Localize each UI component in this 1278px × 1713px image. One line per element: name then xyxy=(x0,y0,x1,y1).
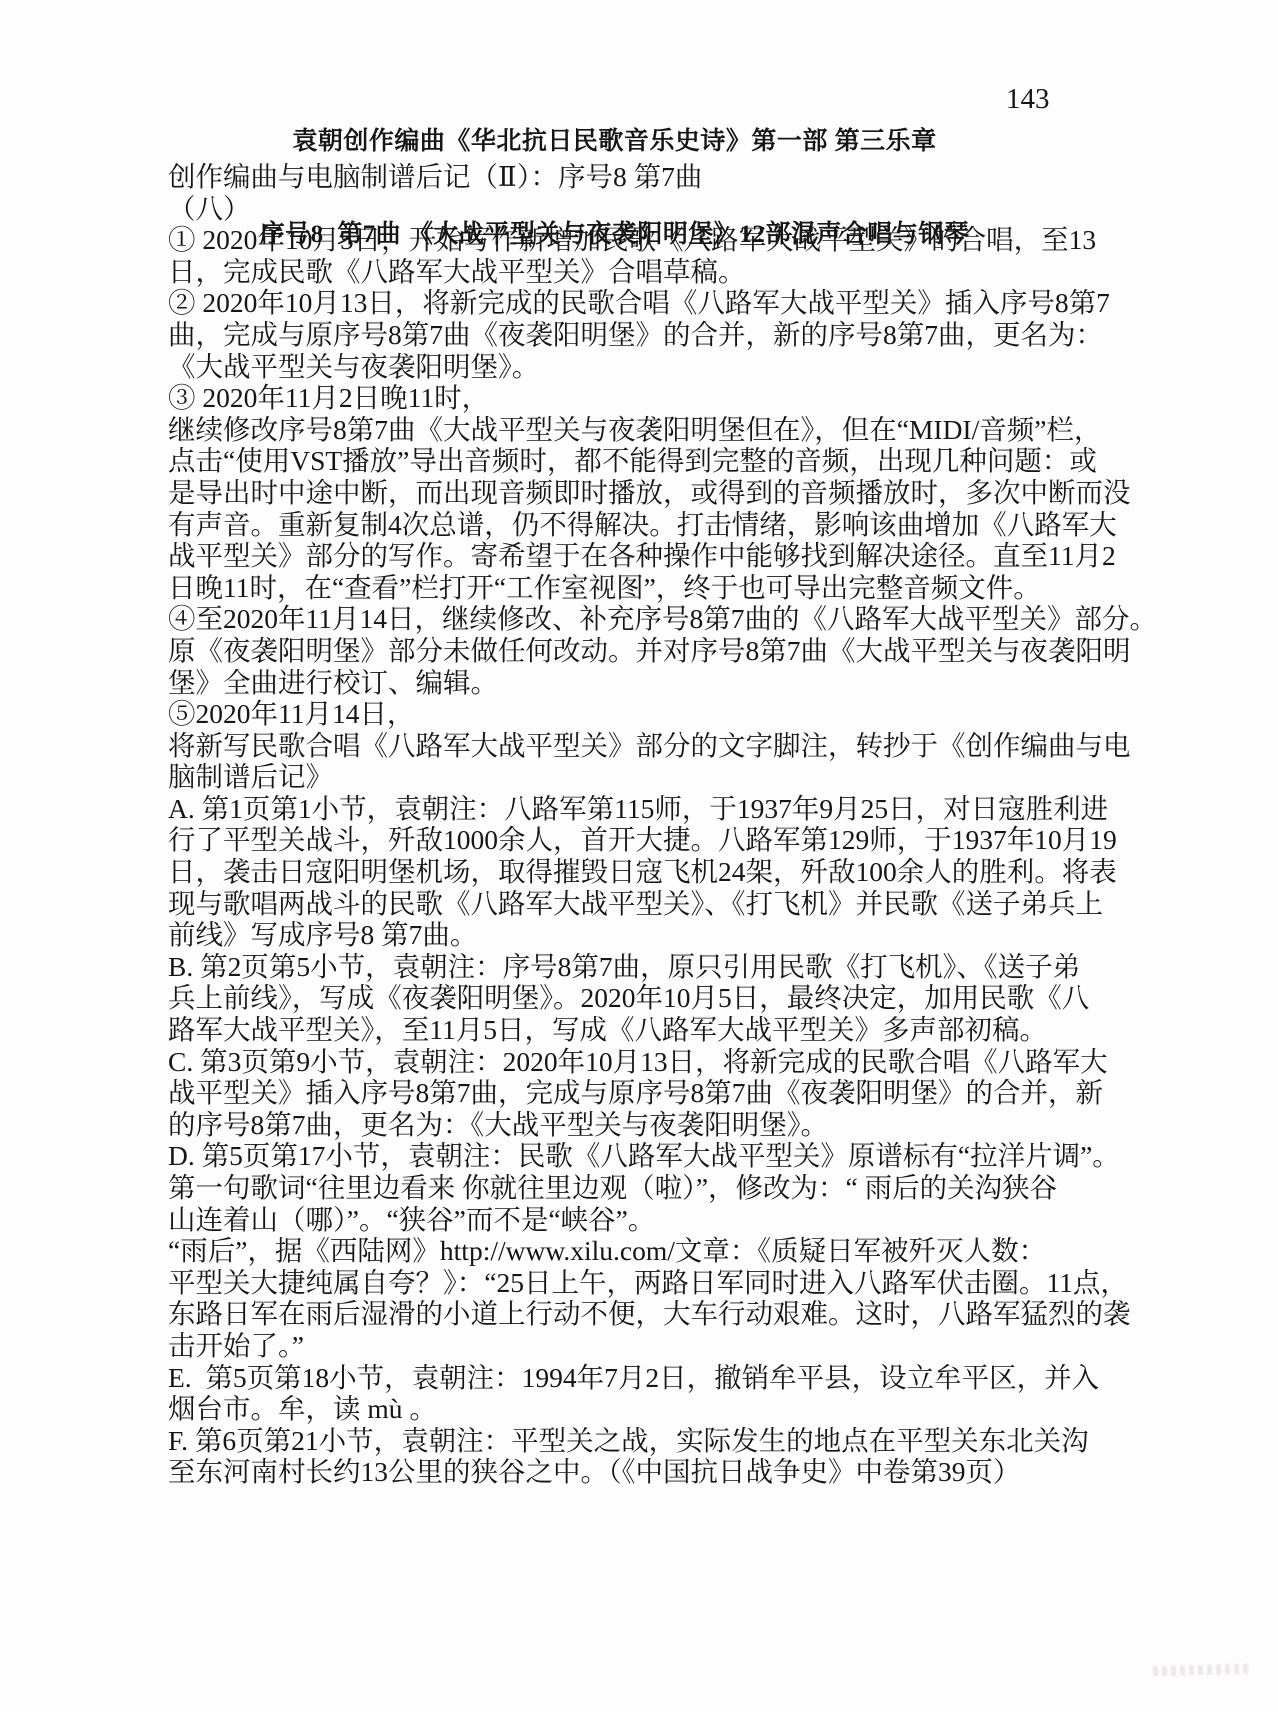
body-line: 兵上前线》，写成《夜袭阳明堡》。2020年10月5日，最终决定，加用民歌《八 xyxy=(168,982,1178,1014)
body-line: 有声音。重新复制4次总谱，仍不得解决。打击情绪，影响该曲增加《八路军大 xyxy=(168,509,1178,541)
body-line: 是导出时中途中断，而出现音频即时播放，或得到的音频播放时，多次中断而没 xyxy=(168,477,1178,509)
page-number: 143 xyxy=(1006,84,1050,114)
body-line: ① 2020年10月5日，开始写作新增加民歌《八路军大战平型关》的合唱，至13 xyxy=(168,224,1178,256)
body-line: 行了平型关战斗，歼敌1000余人，首开大捷。八路军第129师，于1937年10月… xyxy=(168,824,1178,856)
body-line: E. 第5页第18小节，袁朝注：1994年7月2日，撤销牟平县，设立牟平区，并入 xyxy=(168,1362,1178,1394)
body-line: 继续修改序号8第7曲《大战平型关与夜袭阳明堡但在》，但在“MIDI/音频”栏， xyxy=(168,414,1178,446)
body-line: ⑤2020年11月14日， xyxy=(168,698,1178,730)
body-line: C. 第3页第9小节，袁朝注：2020年10月13日，将新完成的民歌合唱《八路军… xyxy=(168,1046,1178,1078)
body-line: 原《夜袭阳明堡》部分未做任何改动。并对序号8第7曲《大战平型关与夜袭阳明 xyxy=(168,635,1178,667)
body-line: 第一句歌词“往里边看来 你就往里边观（啦）”，修改为：“ 雨后的关沟狭谷 xyxy=(168,1172,1178,1204)
body-line: 至东河南村长约13公里的狭谷之中。（《中国抗日战争史》中卷第39页） xyxy=(168,1456,1178,1488)
body-line: 路军大战平型关》，至11月5日，写成《八路军大战平型关》多声部初稿。 xyxy=(168,1014,1178,1046)
document-page: 袁朝创作编曲《华北抗日民歌音乐史诗》第一部 第三乐章 序号8 第7曲 《大战平型… xyxy=(0,0,1278,1713)
body-line: 山连着山（哪）”。“狭谷”而不是“峡谷”。 xyxy=(168,1204,1178,1236)
body-line: A. 第1页第1小节，袁朝注：八路军第115师，于1937年9月25日，对日寇胜… xyxy=(168,793,1178,825)
body-line: 将新写民歌合唱《八路军大战平型关》部分的文字脚注，转抄于《创作编曲与电 xyxy=(168,730,1178,762)
body-line: （八） xyxy=(168,193,1178,225)
body-line: ③ 2020年11月2日晚11时， xyxy=(168,382,1178,414)
body-line: 的序号8第7曲，更名为：《大战平型关与夜袭阳明堡》。 xyxy=(168,1109,1178,1141)
body-line: 现与歌唱两战斗的民歌《八路军大战平型关》、《打飞机》并民歌《送子弟兵上 xyxy=(168,888,1178,920)
body-line: 脑制谱后记》 xyxy=(168,761,1178,793)
body-line: 创作编曲与电脑制谱后记（Ⅱ）：序号8 第7曲 xyxy=(168,161,1178,193)
body-line: 点击“使用VST播放”导出音频时，都不能得到完整的音频，出现几种问题：或 xyxy=(168,445,1178,477)
faint-watermark xyxy=(1153,1664,1249,1677)
body-line: “雨后”，据《西陆网》http://www.xilu.com/文章：《质疑日军被… xyxy=(168,1235,1178,1267)
body-line: F. 第6页第21小节，袁朝注：平型关之战，实际发生的地点在平型关东北关沟 xyxy=(168,1425,1178,1457)
body-line: 烟台市。牟，读 mù 。 xyxy=(168,1393,1178,1425)
body-line: 日，完成民歌《八路军大战平型关》合唱草稿。 xyxy=(168,256,1178,288)
body-line: ② 2020年10月13日，将新完成的民歌合唱《八路军大战平型关》插入序号8第7 xyxy=(168,287,1178,319)
body-line: 堡》全曲进行校订、编辑。 xyxy=(168,667,1178,699)
body-line: ④至2020年11月14日，继续修改、补充序号8第7曲的《八路军大战平型关》部分… xyxy=(168,603,1178,635)
body-line: 战平型关》部分的写作。寄希望于在各种操作中能够找到解决途径。直至11月2 xyxy=(168,540,1178,572)
body-line: D. 第5页第17小节，袁朝注：民歌《八路军大战平型关》原谱标有“拉洋片调”。 xyxy=(168,1140,1178,1172)
body-line: B. 第2页第5小节，袁朝注：序号8第7曲，原只引用民歌《打飞机》、《送子弟 xyxy=(168,951,1178,983)
body-line: 《大战平型关与夜袭阳明堡》。 xyxy=(168,351,1178,383)
header-line-1: 袁朝创作编曲《华北抗日民歌音乐史诗》第一部 第三乐章 xyxy=(168,126,1061,157)
body-text: 创作编曲与电脑制谱后记（Ⅱ）：序号8 第7曲（八）① 2020年10月5日，开始… xyxy=(168,161,1178,1488)
body-line: 前线》写成序号8 第7曲。 xyxy=(168,919,1178,951)
body-line: 东路日军在雨后湿滑的小道上行动不便，大车行动艰难。这时，八路军猛烈的袭 xyxy=(168,1298,1178,1330)
body-line: 日晚11时，在“查看”栏打开“工作室视图”，终于也可导出完整音频文件。 xyxy=(168,572,1178,604)
body-line: 战平型关》插入序号8第7曲，完成与原序号8第7曲《夜袭阳明堡》的合并，新 xyxy=(168,1077,1178,1109)
body-line: 击开始了。” xyxy=(168,1330,1178,1362)
body-line: 日，袭击日寇阳明堡机场，取得摧毁日寇飞机24架，歼敌100余人的胜利。将表 xyxy=(168,856,1178,888)
body-line: 平型关大捷纯属自夸？》：“25日上午，两路日军同时进入八路军伏击圈。11点， xyxy=(168,1267,1178,1299)
body-line: 曲，完成与原序号8第7曲《夜袭阳明堡》的合并，新的序号8第7曲，更名为： xyxy=(168,319,1178,351)
